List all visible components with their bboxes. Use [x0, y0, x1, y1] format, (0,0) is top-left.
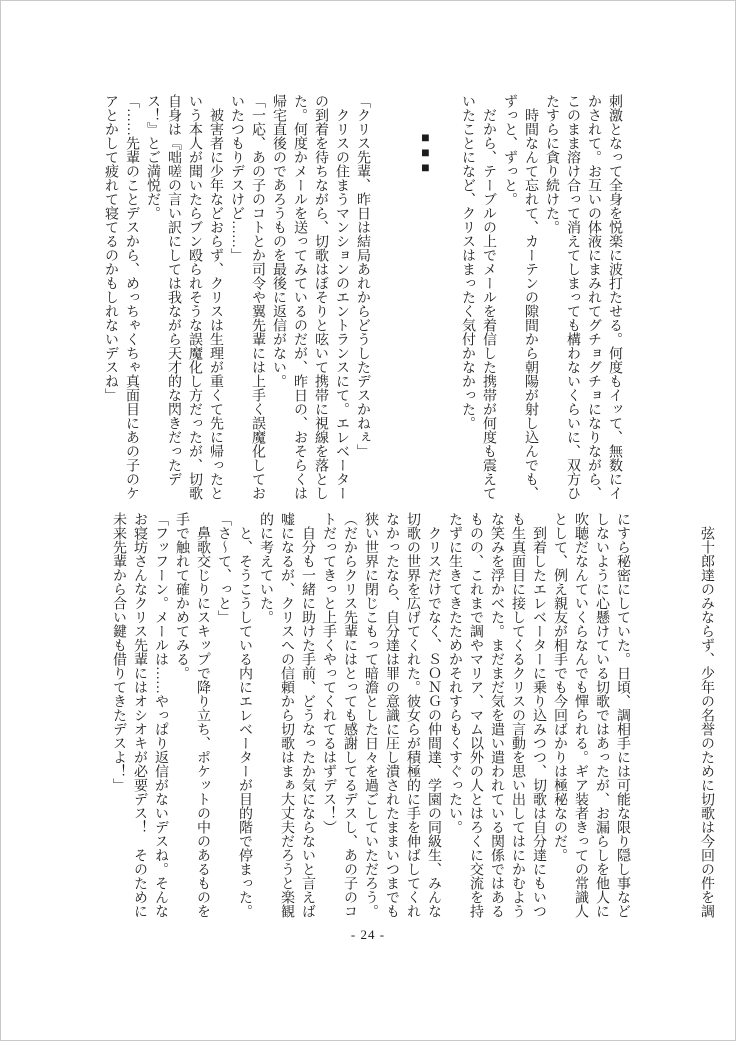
- text-column: ス！』とご満悦だ。: [142, 94, 163, 502]
- blank-column: [436, 94, 457, 502]
- text-column: 「フッフーン。メールは……やっぱり返信がないデスね。そんな: [150, 512, 171, 920]
- blank-column: [633, 512, 654, 920]
- text-column: 未来先輩から合い鍵も借りてきたデスよ！」: [108, 512, 129, 920]
- text-column: 手で触れて確かめてみる。: [171, 512, 192, 920]
- section-divider: ■■■: [415, 94, 436, 502]
- text-column: だから、テーブルの上でメールを着信した携帯が何度も震えて: [478, 94, 499, 502]
- text-column: 弦十郎達のみならず、少年の名誉のために切歌は今回の件を調: [696, 512, 717, 920]
- text-column: 「さ〜て、っと」: [213, 512, 234, 920]
- text-column: 「……先輩のことデスから、めっちゃくちゃ真面目にあの子のケ: [121, 94, 142, 502]
- text-column: 吹聴だなんていくらなんでも憚られる。ギア装者きっての常識人: [570, 512, 591, 920]
- text-column: たずに生きてきたためかそれすらもくすぐったい。: [444, 512, 465, 920]
- text-column: お寝坊さんなクリス先輩にはオシオキが必要デス！ そのために: [129, 512, 150, 920]
- text-column: にすら秘密にしていた。日頃、調相手には可能な限り隠し事など: [612, 512, 633, 920]
- novel-page: 刺激となって全身を悦楽に波打たせる。何度もイッて、無数にイかされて。お互いの体液…: [0, 0, 736, 1041]
- text-column: 鼻歌交じりにスキップで降り立ち、ポケットの中のあるものを: [192, 512, 213, 920]
- text-column: クリスの住まうマンションのエントランスにて。エレベーター: [331, 94, 352, 502]
- text-column: 刺激となって全身を悦楽に波打たせる。何度もイッて、無数にイ: [604, 94, 625, 502]
- blank-column: [394, 94, 415, 502]
- text-column: も生真面目に接してくるクリスの言動を思い出してはにかむよう: [507, 512, 528, 920]
- text-column: 到着したエレベーターに乗り込みつつ、切歌は自分達にもいつ: [528, 512, 549, 920]
- text-column: 時間なんて忘れて、カーテンの隙間から朝陽が射し込んでも、: [520, 94, 541, 502]
- text-column: このまま溶け合って消えてしまっても構わないくらいに、双方ひ: [562, 94, 583, 502]
- text-column: たすらに貪り続けた。: [541, 94, 562, 502]
- text-column: トだってきっと上手くやってくれてるはずデス！）: [318, 512, 339, 920]
- text-column: ものの、これまで調やマリア、マム以外の人とはろくに交流を持: [465, 512, 486, 920]
- text-column: ずっと、ずっと。: [499, 94, 520, 502]
- text-column: しないように心懸けている切歌ではあったが、お漏らしを他人に: [591, 512, 612, 920]
- text-column: 切歌の世界を広げてくれた。彼女らが積極的に手を伸ばしてくれ: [402, 512, 423, 920]
- blank-column: [675, 512, 696, 920]
- text-column: クリスだけでなく、ＳＯＮＧの仲間達、学園の同級生、みんな: [423, 512, 444, 920]
- text-column: た。何度かメールを送ってみているのだが、昨日の、おそらくは: [289, 94, 310, 502]
- text-column: アとかして疲れて寝てるのかもしれないデスね」: [100, 94, 121, 502]
- text-column: として、例え親友が相手でも今回ばかりは極秘なのだ。: [549, 512, 570, 920]
- text-column: 帰宅直後のであろうものを最後に返信がない。: [268, 94, 289, 502]
- text-column: な笑みを浮かべた。まだまだ気を遣い遣われている関係ではある: [486, 512, 507, 920]
- text-column: （だからクリス先輩にはとっても感謝してるデスし、あの子のコ: [339, 512, 360, 920]
- text-band-top: 刺激となって全身を悦楽に波打たせる。何度もイッて、無数にイかされて。お互いの体液…: [100, 94, 625, 502]
- text-band-bottom: 弦十郎達のみならず、少年の名誉のために切歌は今回の件を調にすら秘密にしていた。日…: [108, 512, 717, 920]
- text-column: 的に考えていた。: [255, 512, 276, 920]
- page-number: - 24 -: [1, 927, 735, 943]
- text-column: と、そうこうしている内にエレベーターが目的階で停まった。: [234, 512, 255, 920]
- text-column: かされて。お互いの体液にまみれてグチョグチョになりながら、: [583, 94, 604, 502]
- text-column: 被害者に少年などおらず、クリスは生理が重くて先に帰ったと: [205, 94, 226, 502]
- blank-column: [654, 512, 675, 920]
- text-column: いう本人が聞いたらブン殴られそうな誤魔化し方だったが、切歌: [184, 94, 205, 502]
- text-column: なかったなら、自分達は罪の意識に圧し潰されたままいつまでも: [381, 512, 402, 920]
- text-column: 自身は『咄嗟の言い訳にしては我ながら天才的な閃きだったデ: [163, 94, 184, 502]
- blank-column: [373, 94, 394, 502]
- text-column: 自分も一緒に助けた手前、どうなったか気にならないと言えば: [297, 512, 318, 920]
- text-column: の到着を待ちながら、切歌はぼそりと呟いて携帯に視線を落とし: [310, 94, 331, 502]
- text-column: 「一応、あの子のコトとか司令や翼先輩には上手く誤魔化してお: [247, 94, 268, 502]
- text-column: 狭い世界に閉じこもって暗澹とした日々を過ごしていただろう。: [360, 512, 381, 920]
- text-column: 嘘になるが、クリスへの信頼から切歌はまぁ大丈夫だろうと楽観: [276, 512, 297, 920]
- text-column: 「クリス先輩、昨日は結局あれからどうしたデスかねぇ」: [352, 94, 373, 502]
- text-column: いたつもりデスけど……」: [226, 94, 247, 502]
- text-column: いたことになど、クリスはまったく気付かなかった。: [457, 94, 478, 502]
